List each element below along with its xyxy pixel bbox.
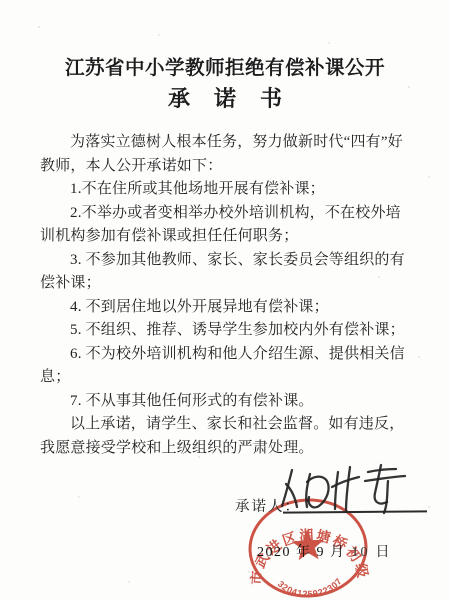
- paragraph-item-3: 3. 不参加其他教师、家长、家长委员会等组织的有偿补课；: [40, 249, 412, 296]
- paragraph-item-4: 4. 不到居住地以外开展异地有偿补课；: [40, 296, 412, 320]
- date-day-handwritten: 10: [351, 545, 371, 560]
- paragraph-item-1: 1.不在住所或其他场地开展有偿补课；: [40, 178, 412, 202]
- paragraph-closing: 以上承诺，请学生、家长和社会监督。如有违反，我愿意接受学校和上级组织的严肃处理。: [40, 413, 412, 460]
- handwritten-signature: [278, 460, 428, 518]
- paragraph-item-2: 2.不举办或者变相举办校外培训机构，不在校外培训机构参加有偿补课或担任任何职务；: [40, 202, 412, 249]
- paragraph-intro: 为落实立德树人根本任务，努力做新时代“四有”好教师，本人公开承诺如下：: [40, 131, 412, 178]
- paragraph-item-5: 5. 不组织、推荐、诱导学生参加校内外有偿补课；: [40, 319, 412, 343]
- paragraph-item-7: 7. 不从事其他任何形式的有偿补课。: [40, 390, 412, 414]
- date-prefix: 2020 年 9 月: [257, 545, 346, 560]
- document-title: 江苏省中小学教师拒绝有偿补课公开: [0, 52, 450, 80]
- scan-noise-speckles: [38, 26, 40, 28]
- paragraph-item-6: 6. 不为校外培训机构和他人介绍生源、提供相关信息；: [40, 343, 412, 390]
- date-line: 2020 年 9 月 10 日: [257, 541, 391, 561]
- document-subtitle: 承诺书: [0, 82, 450, 113]
- document-body: 为落实立德树人根本任务，努力做新时代“四有”好教师，本人公开承诺如下： 1.不在…: [40, 131, 412, 460]
- date-suffix: 日: [376, 545, 392, 560]
- seal-serial-number: 3204125922307: [275, 576, 344, 600]
- scanned-commitment-letter: 江苏省中小学教师拒绝有偿补课公开 承诺书 为落实立德树人根本任务，努力做新时代“…: [0, 0, 450, 600]
